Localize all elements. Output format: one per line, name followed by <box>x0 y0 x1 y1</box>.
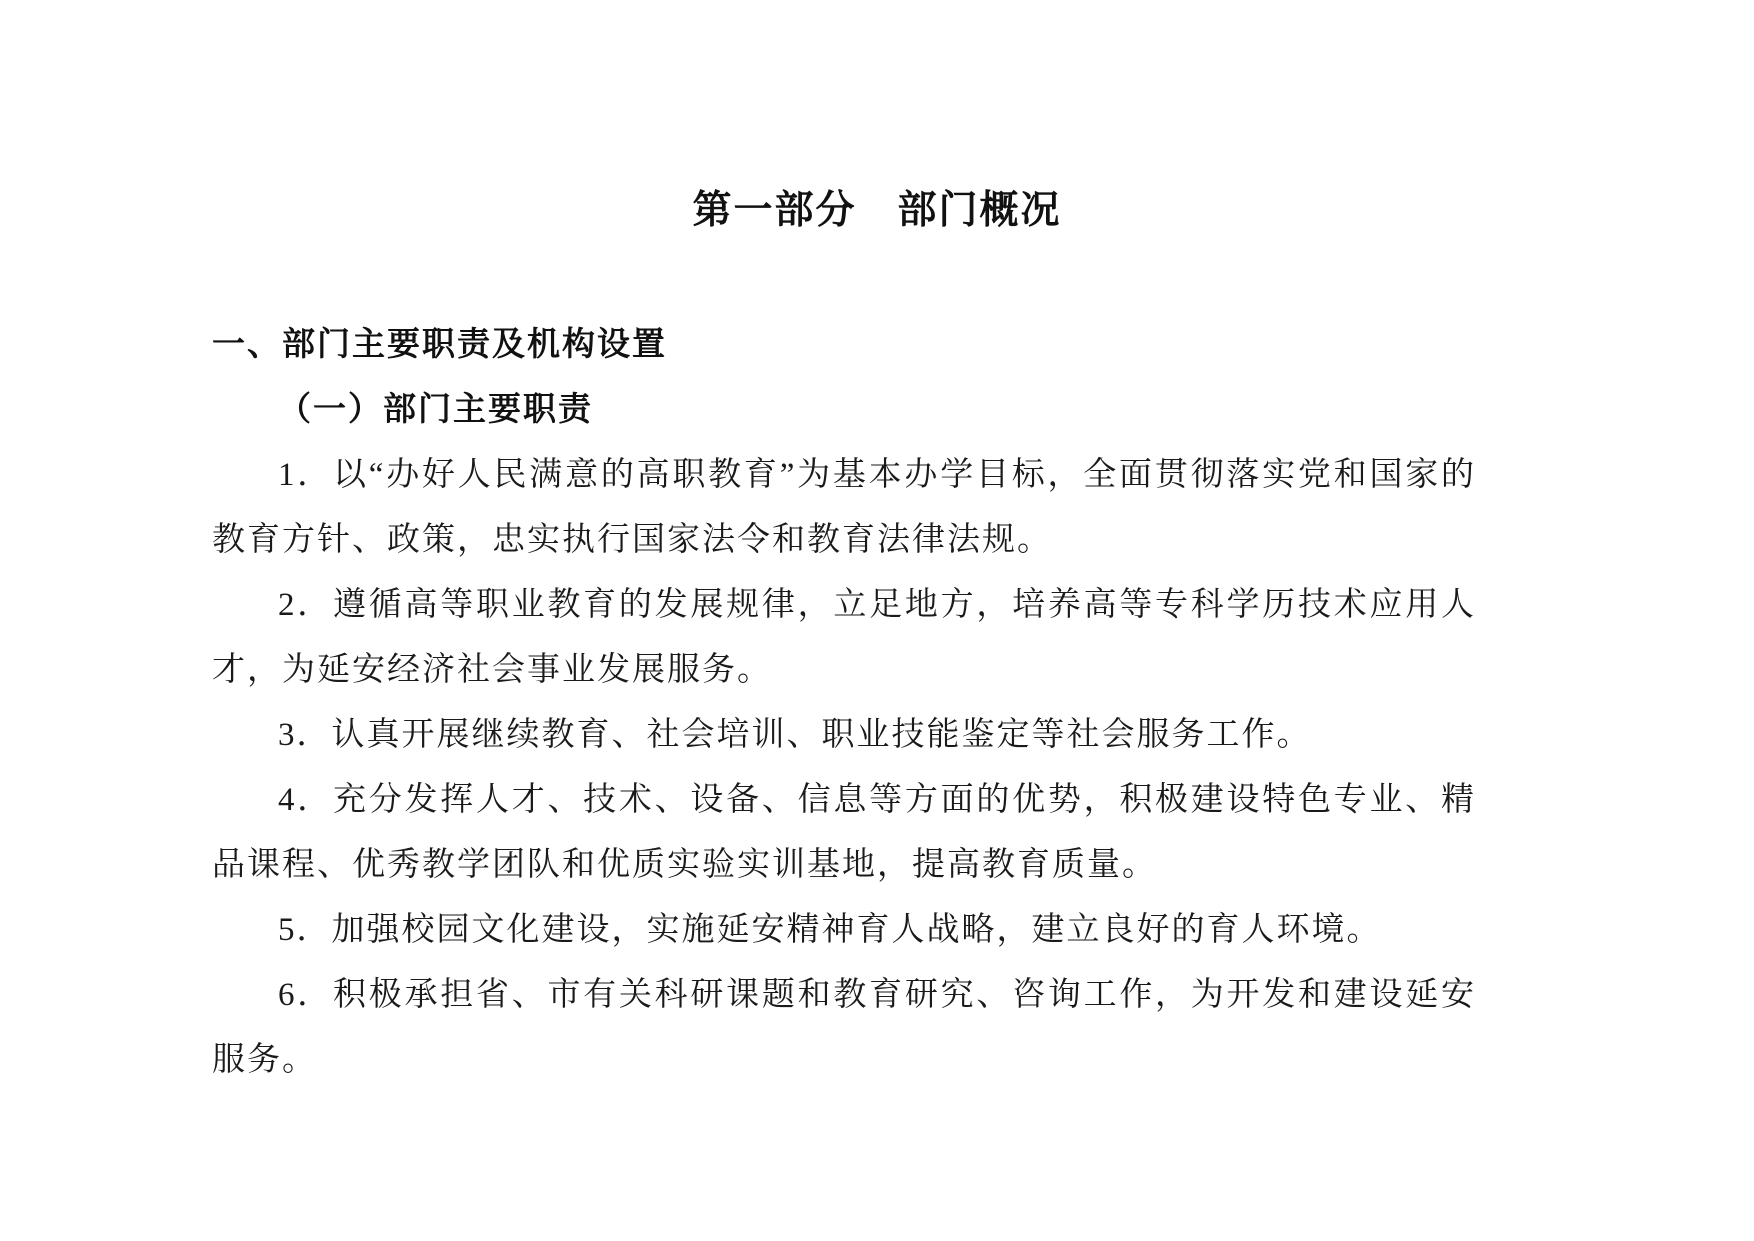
paragraph-5: 5．加强校园文化建设，实施延安精神育人战略，建立良好的育人环境。 <box>212 898 1476 963</box>
document-body: 一、部门主要职责及机构设置 （一）部门主要职责 1．以“办好人民满意的高职教育”… <box>212 243 1476 1093</box>
paragraph-3: 3．认真开展继续教育、社会培训、职业技能鉴定等社会服务工作。 <box>212 703 1476 768</box>
document-page: 第一部分 部门概况 一、部门主要职责及机构设置 （一）部门主要职责 1．以“办好… <box>0 0 1754 1241</box>
paragraph-6: 6．积极承担省、市有关科研课题和教育研究、咨询工作，为开发和建设延安服务。 <box>212 963 1476 1093</box>
subsection-heading: （一）部门主要职责 <box>212 378 1476 443</box>
section-heading: 一、部门主要职责及机构设置 <box>212 243 1476 378</box>
document-title: 第一部分 部门概况 <box>0 0 1754 243</box>
paragraph-1: 1．以“办好人民满意的高职教育”为基本办学目标，全面贯彻落实党和国家的教育方针、… <box>212 443 1476 573</box>
paragraph-2: 2．遵循高等职业教育的发展规律，立足地方，培养高等专科学历技术应用人才，为延安经… <box>212 573 1476 703</box>
paragraph-4: 4．充分发挥人才、技术、设备、信息等方面的优势，积极建设特色专业、精品课程、优秀… <box>212 768 1476 898</box>
